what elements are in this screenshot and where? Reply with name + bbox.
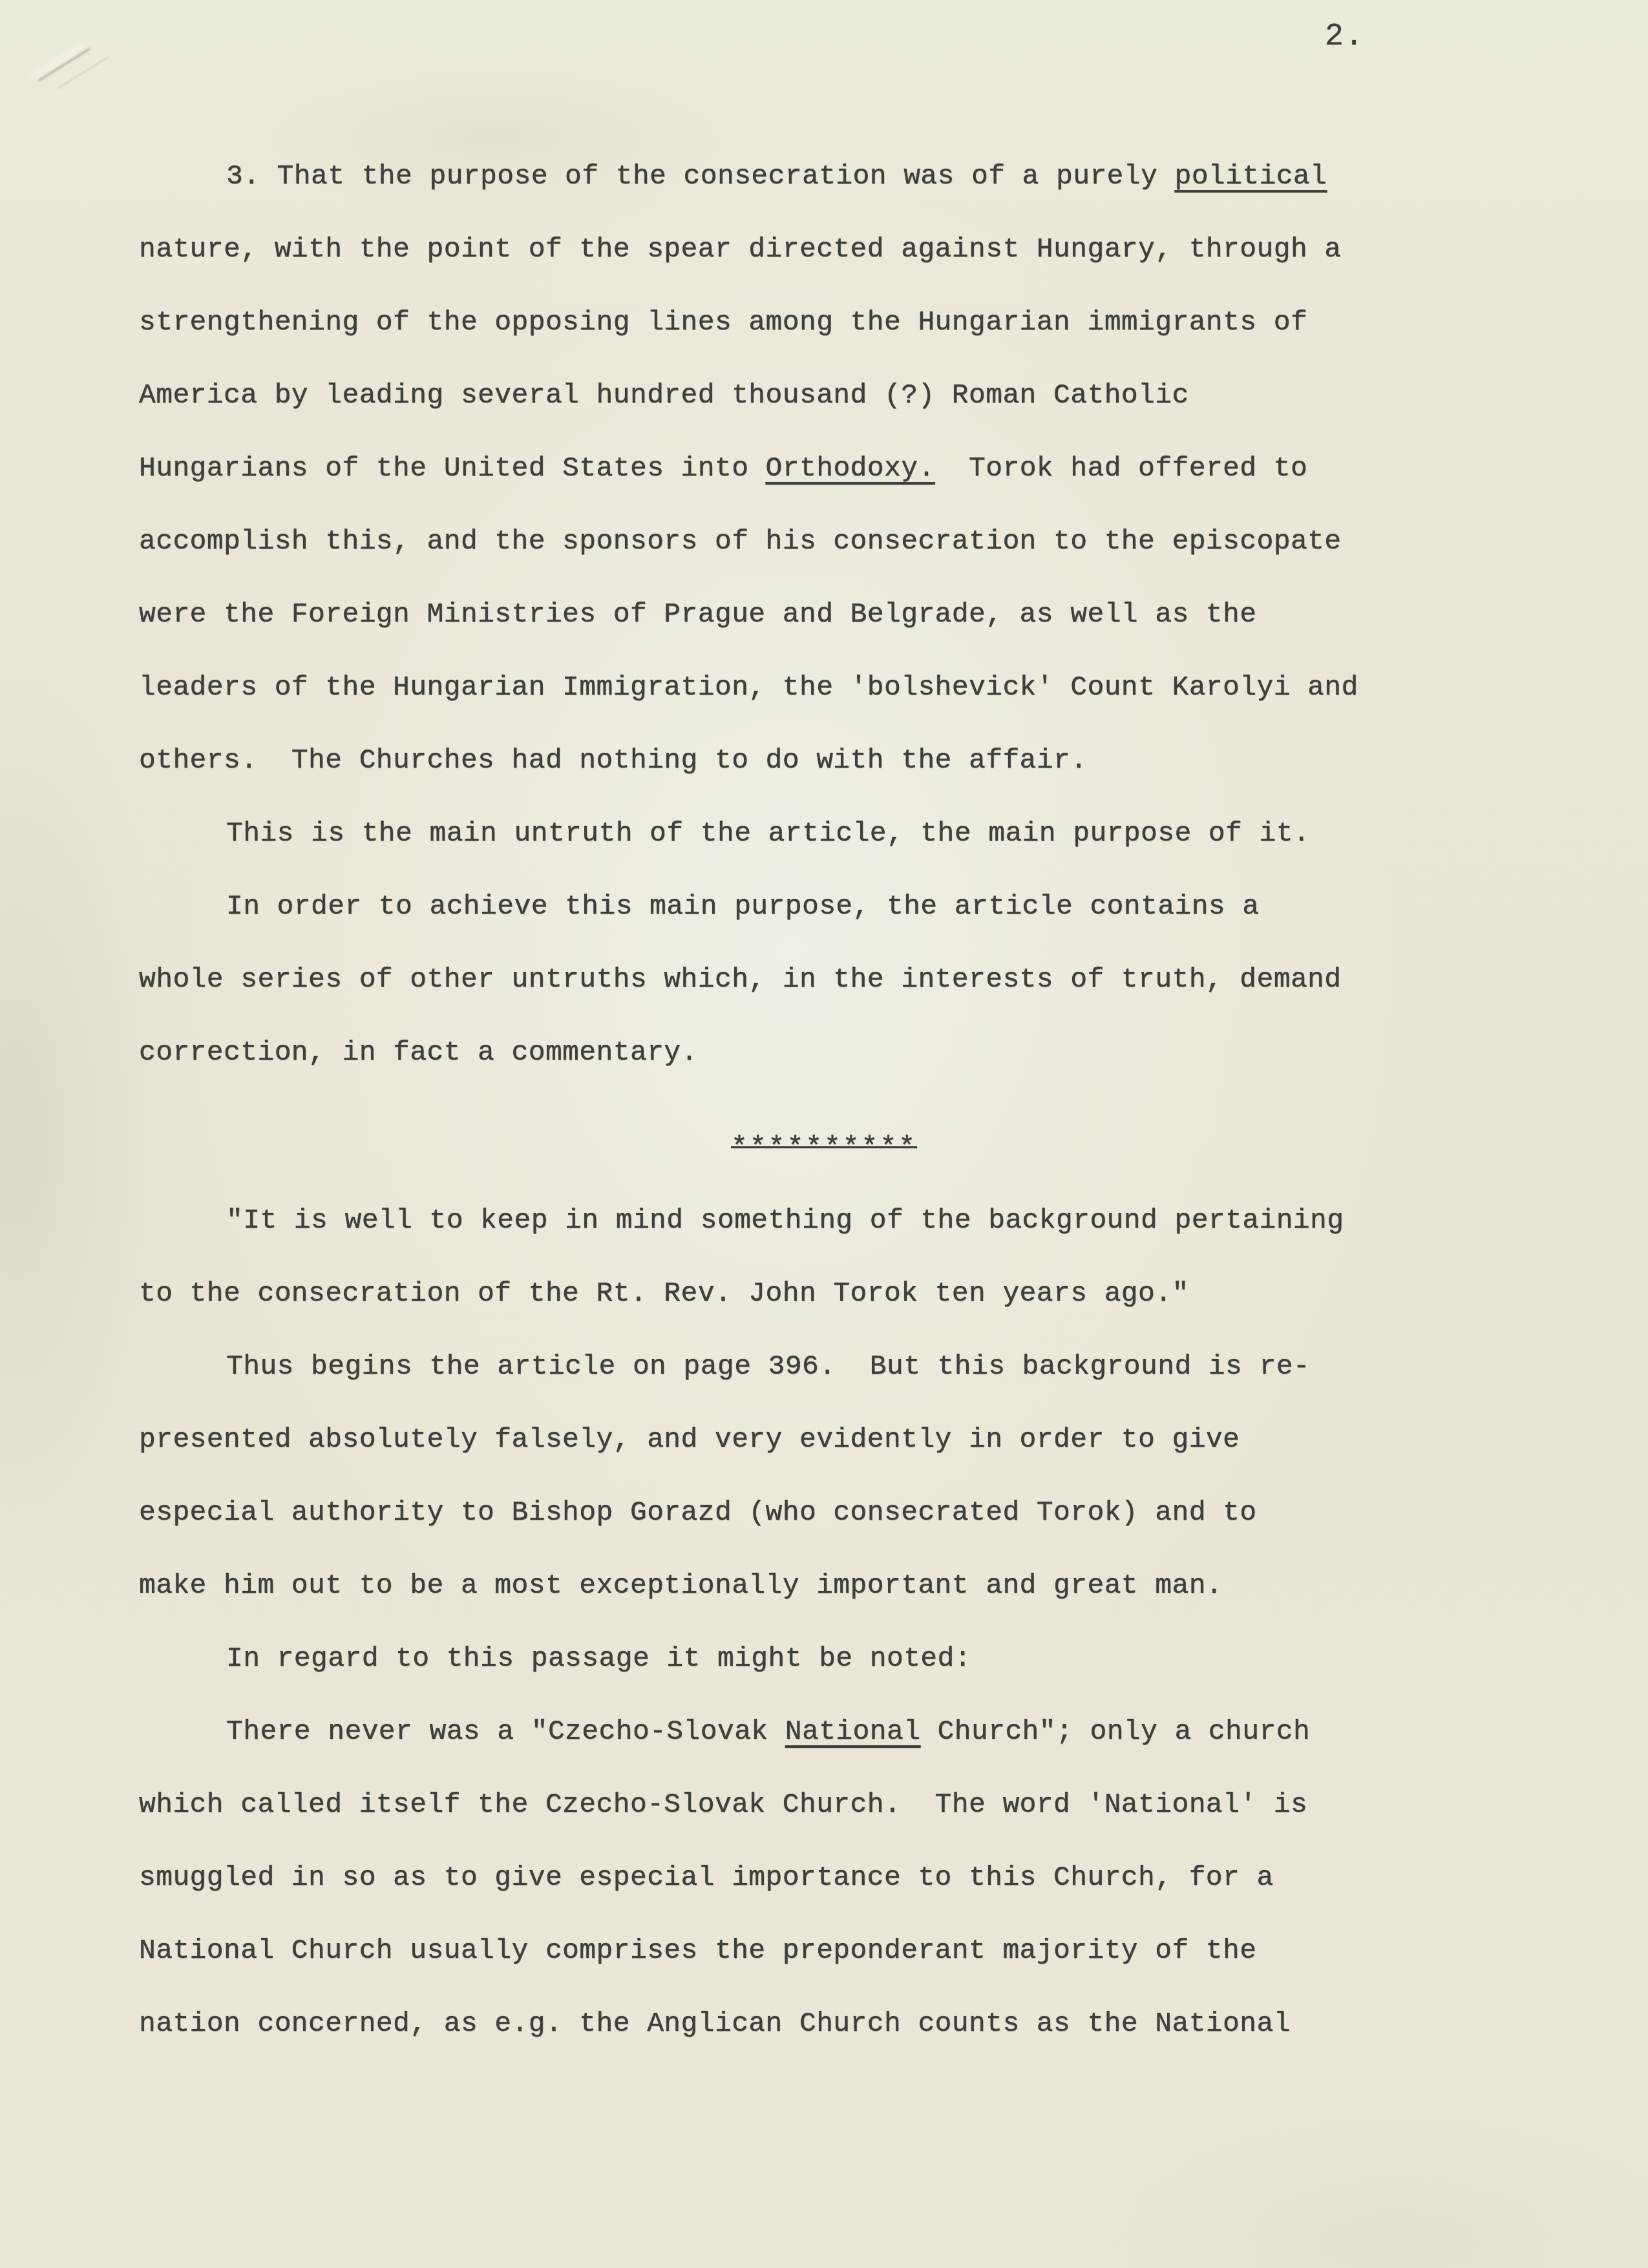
- text-line: accomplish this, and the sponsors of his…: [139, 505, 1509, 578]
- document-text: 3. That the purpose of the consecration …: [139, 140, 1509, 2060]
- text-segment: 3. That the purpose of the consecration …: [226, 160, 1174, 192]
- text-line: This is the main untruth of the article,…: [139, 797, 1509, 870]
- text-line: smuggled in so as to give especial impor…: [139, 1841, 1509, 1914]
- text-line: make him out to be a most exceptionally …: [139, 1549, 1509, 1622]
- text-segment: This is the main untruth of the article,…: [226, 817, 1310, 849]
- text-line: correction, in fact a commentary.: [139, 1016, 1509, 1089]
- text-line: especial authority to Bishop Gorazd (who…: [139, 1476, 1509, 1549]
- text-segment: Hungarians of the United States into: [139, 452, 766, 484]
- text-segment: accomplish this, and the sponsors of his…: [139, 525, 1342, 557]
- text-line: Thus begins the article on page 396. But…: [139, 1330, 1509, 1403]
- text-line: Hungarians of the United States into Ort…: [139, 432, 1509, 505]
- text-line: others. The Churches had nothing to do w…: [139, 724, 1509, 797]
- text-line: 3. That the purpose of the consecration …: [139, 140, 1509, 213]
- text-segment: presented absolutely falsely, and very e…: [139, 1423, 1240, 1455]
- text-segment: In order to achieve this main purpose, t…: [226, 890, 1259, 922]
- text-line: leaders of the Hungarian Immigration, th…: [139, 651, 1509, 724]
- text-segment: "It is well to keep in mind something of…: [226, 1204, 1344, 1236]
- underlined-text: political: [1174, 160, 1327, 192]
- text-line: nation concerned, as e.g. the Anglican C…: [139, 1987, 1509, 2060]
- text-segment: smuggled in so as to give especial impor…: [139, 1862, 1274, 1893]
- text-line: "It is well to keep in mind something of…: [139, 1184, 1509, 1257]
- text-segment: In regard to this passage it might be no…: [226, 1643, 971, 1674]
- text-segment: Church"; only a church: [920, 1716, 1310, 1747]
- text-line: In order to achieve this main purpose, t…: [139, 870, 1509, 943]
- text-line: whole series of other untruths which, in…: [139, 943, 1509, 1016]
- text-segment: especial authority to Bishop Gorazd (who…: [139, 1496, 1256, 1528]
- text-segment: correction, in fact a commentary.: [139, 1036, 698, 1068]
- paper-crease-mark: [37, 47, 91, 82]
- underlined-text: Orthodoxy.: [766, 452, 935, 484]
- text-line: which called itself the Czecho-Slovak Ch…: [139, 1768, 1509, 1841]
- text-segment: which called itself the Czecho-Slovak Ch…: [139, 1789, 1307, 1820]
- text-segment: There never was a "Czecho-Slovak: [226, 1716, 785, 1747]
- document-page: { "page": { "number": "2.", "paper_color…: [0, 0, 1648, 2268]
- text-segment: were the Foreign Ministries of Prague an…: [139, 598, 1256, 630]
- text-segment: nature, with the point of the spear dire…: [139, 233, 1342, 265]
- text-line: strengthening of the opposing lines amon…: [139, 286, 1509, 359]
- text-segment: nation concerned, as e.g. the Anglican C…: [139, 2008, 1291, 2039]
- text-segment: Torok had offered to: [935, 452, 1308, 484]
- text-segment: America by leading several hundred thous…: [139, 379, 1189, 411]
- text-line: In regard to this passage it might be no…: [139, 1622, 1509, 1695]
- underlined-text: National: [785, 1716, 921, 1747]
- text-segment: others. The Churches had nothing to do w…: [139, 744, 1087, 776]
- page-number: 2.: [1325, 19, 1365, 54]
- text-segment: leaders of the Hungarian Immigration, th…: [139, 671, 1358, 703]
- text-segment: Thus begins the article on page 396. But…: [226, 1350, 1310, 1382]
- text-line: presented absolutely falsely, and very e…: [139, 1403, 1509, 1476]
- text-segment: National Church usually comprises the pr…: [139, 1935, 1256, 1966]
- text-segment: make him out to be a most exceptionally …: [139, 1570, 1223, 1601]
- text-segment: **********: [731, 1131, 917, 1163]
- text-line: National Church usually comprises the pr…: [139, 1914, 1509, 1987]
- text-segment: to the consecration of the Rt. Rev. John…: [139, 1277, 1189, 1309]
- text-line: nature, with the point of the spear dire…: [139, 213, 1509, 286]
- text-segment: strengthening of the opposing lines amon…: [139, 306, 1307, 338]
- text-line: There never was a "Czecho-Slovak Nationa…: [139, 1695, 1509, 1768]
- text-line: to the consecration of the Rt. Rev. John…: [139, 1257, 1509, 1330]
- text-line: were the Foreign Ministries of Prague an…: [139, 578, 1509, 651]
- text-segment: whole series of other untruths which, in…: [139, 963, 1342, 995]
- text-line: America by leading several hundred thous…: [139, 359, 1509, 432]
- asterisk-separator: **********: [139, 1111, 1509, 1184]
